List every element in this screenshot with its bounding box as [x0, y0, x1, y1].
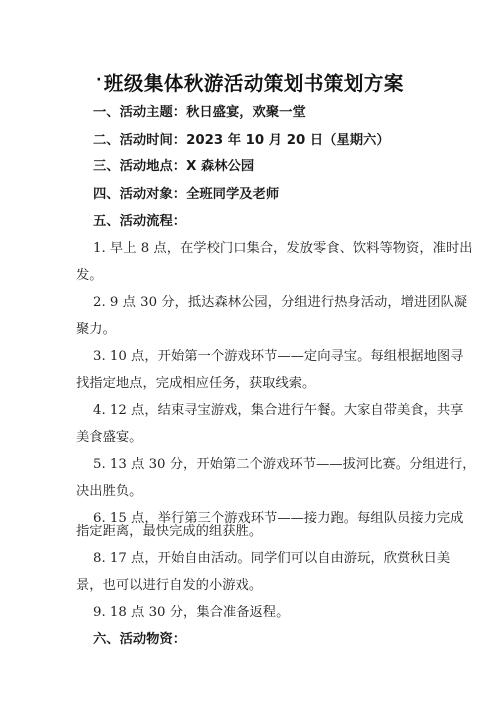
section-location: 三、活动地点：X 森林公园	[93, 158, 443, 176]
section-supplies: 六、活动物资：	[93, 631, 443, 649]
title-marker: ·	[96, 72, 102, 88]
section-time: 二、活动时间：2023 年 10 月 20 日（星期六）	[93, 132, 443, 150]
step-1-line1: 1. 早上 8 点，在学校门口集合，发放零食、饮料等物资，准时出	[93, 240, 426, 258]
section-process: 五、活动流程：	[93, 213, 443, 231]
step-3-line2: 找指定地点，完成相应任务，获取线索。	[76, 375, 426, 393]
step-6-line2: 指定距离，最快完成的组获胜。	[76, 523, 426, 541]
step-8-line2: 景，也可以进行自发的小游戏。	[76, 577, 426, 595]
step-5-line1: 5. 13 点 30 分，开始第二个游戏环节——拔河比赛。分组进行，	[93, 456, 426, 474]
step-4-line2: 美食盛宴。	[76, 429, 426, 447]
step-2-line2: 聚力。	[76, 321, 426, 339]
step-1-line2: 发。	[76, 267, 426, 285]
section-participants: 四、活动对象：全班同学及老师	[93, 186, 443, 204]
section-theme: 一、活动主题：秋日盛宴，欢聚一堂	[93, 104, 443, 122]
step-2-line1: 2. 9 点 30 分，抵达森林公园，分组进行热身活动，增进团队凝	[93, 294, 426, 312]
step-4-line1: 4. 12 点，结束寻宝游戏，集合进行午餐。大家自带美食，共享	[93, 402, 426, 420]
step-3-line1: 3. 10 点，开始第一个游戏环节——定向寻宝。每组根据地图寻	[93, 348, 426, 366]
document-title: ·班级集体秋游活动策划书策划方案	[0, 68, 500, 96]
step-8-line1: 8. 17 点，开始自由活动。同学们可以自由游玩，欣赏秋日美	[93, 550, 426, 568]
step-5-line2: 决出胜负。	[76, 483, 426, 501]
step-9-line1: 9. 18 点 30 分，集合准备返程。	[93, 604, 443, 622]
title-text: 班级集体秋游活动策划书策划方案	[104, 72, 404, 95]
